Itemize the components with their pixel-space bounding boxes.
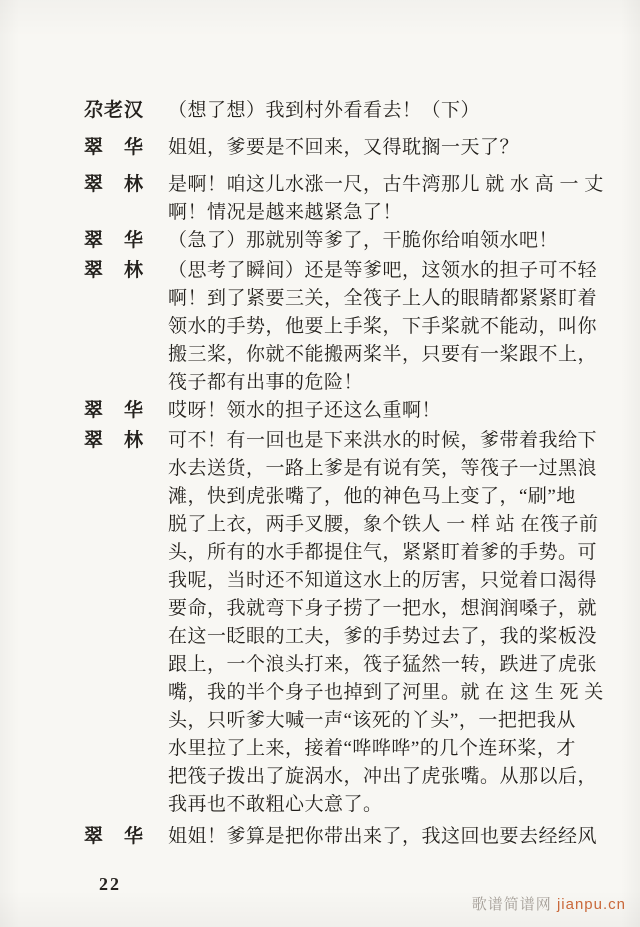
script-line: 翠 林 是啊！咱这儿水涨一尺，古牛湾那儿 就 水 高 一 丈 [84, 171, 574, 199]
dialogue-text: 我呢，当时还不知道这水上的厉害，只觉着口渴得 [168, 567, 566, 595]
script-line: 筏子都有出事的危险！ [84, 369, 574, 397]
script-line: 跟上，一个浪头打来，筏子猛然一转，跌进了虎张 [84, 651, 574, 679]
script-line: 翠 华 姐姐，爹要是不回来，又得耽搁一天了？ [84, 134, 574, 162]
dialogue-text: 领水的手势，他要上手桨，下手桨就不能动，叫你 [168, 313, 566, 341]
dialogue-text: 姐姐，爹要是不回来，又得耽搁一天了？ [168, 134, 566, 162]
dialogue-text: 筏子都有出事的危险！ [168, 369, 566, 397]
dialogue-text: 啊！情况是越来越紧急了！ [168, 199, 566, 227]
script-lines: 尕老汉 （想了想）我到村外看看去！（下） 翠 华 姐姐，爹要是不回来，又得耽搁一… [84, 97, 574, 851]
speaker-name: 翠 华 [84, 823, 146, 851]
speaker-name: 翠 华 [84, 227, 146, 255]
dialogue-text: 嘴，我的半个身子也掉到了河里。就 在 这 生 死 关 [168, 679, 566, 707]
speaker-name: 翠 华 [84, 134, 146, 162]
dialogue-text: 可不！有一回也是下来洪水的时候，爹带着我给下 [168, 427, 566, 455]
dialogue-text: 脱了上衣，两手叉腰，象个铁人 一 样 站 在筏子前 [168, 511, 566, 539]
script-line: 脱了上衣，两手叉腰，象个铁人 一 样 站 在筏子前 [84, 511, 574, 539]
script-line: 翠 华 哎呀！领水的担子还这么重啊！ [84, 397, 574, 425]
dialogue-text: 哎呀！领水的担子还这么重啊！ [168, 397, 566, 425]
dialogue-text: （想了想）我到村外看看去！（下） [168, 97, 566, 125]
script-line: 尕老汉 （想了想）我到村外看看去！（下） [84, 97, 574, 125]
dialogue-text: 啊！到了紧要三关，全筏子上人的眼睛都紧紧盯着 [168, 285, 566, 313]
script-line: 翠 林 可不！有一回也是下来洪水的时候，爹带着我给下 [84, 427, 574, 455]
speaker-name: 翠 林 [84, 427, 146, 455]
script-line: 滩，快到虎张嘴了，他的神色马上变了，“刷”地 [84, 483, 574, 511]
dialogue-text: 在这一眨眼的工夫，爹的手势过去了，我的桨板没 [168, 623, 566, 651]
script-line: 我再也不敢粗心大意了。 [84, 791, 574, 819]
dialogue-text: 水里拉了上来，接着“哗哗哗”的几个连环桨，才 [168, 735, 566, 763]
dialogue-text: 水去送货，一路上爹是有说有笑，等筏子一过黑浪 [168, 455, 566, 483]
dialogue-text: 我再也不敢粗心大意了。 [168, 791, 566, 819]
dialogue-text: 是啊！咱这儿水涨一尺，古牛湾那儿 就 水 高 一 丈 [168, 171, 566, 199]
dialogue-text: 搬三桨，你就不能搬两桨半，只要有一桨跟不上， [168, 341, 566, 369]
watermark: 歌谱简谱网 jianpu.cn [472, 893, 626, 914]
dialogue-text: 姐姐！爹算是把你带出来了，我这回也要去经经风 [168, 823, 566, 851]
script-line: 把筏子拨出了旋涡水，冲出了虎张嘴。从那以后， [84, 763, 574, 791]
speaker-name: 翠 林 [84, 171, 146, 199]
script-line: 翠 林 （思考了瞬间）还是等爹吧，这领水的担子可不轻 [84, 257, 574, 285]
dialogue-text: （思考了瞬间）还是等爹吧，这领水的担子可不轻 [168, 257, 566, 285]
watermark-site-url: jianpu.cn [557, 896, 626, 913]
dialogue-text: 头，所有的水手都提住气，紧紧盯着爹的手势。可 [168, 539, 566, 567]
script-line: 嘴，我的半个身子也掉到了河里。就 在 这 生 死 关 [84, 679, 574, 707]
dialogue-text: 要命，我就弯下身子捞了一把水，想润润嗓子，就 [168, 595, 566, 623]
speaker-name: 翠 林 [84, 257, 146, 285]
dialogue-text: 头，只听爹大喊一声“该死的丫头”，一把把我从 [168, 707, 566, 735]
script-line: 搬三桨，你就不能搬两桨半，只要有一桨跟不上， [84, 341, 574, 369]
script-line: 翠 华 姐姐！爹算是把你带出来了，我这回也要去经经风 [84, 823, 574, 851]
script-line: 翠 华 （急了）那就别等爹了，干脆你给咱领水吧！ [84, 227, 574, 255]
script-line: 要命，我就弯下身子捞了一把水，想润润嗓子，就 [84, 595, 574, 623]
dialogue-text: 跟上，一个浪头打来，筏子猛然一转，跌进了虎张 [168, 651, 566, 679]
script-line: 水去送货，一路上爹是有说有笑，等筏子一过黑浪 [84, 455, 574, 483]
dialogue-text: 滩，快到虎张嘴了，他的神色马上变了，“刷”地 [168, 483, 566, 511]
script-line: 头，只听爹大喊一声“该死的丫头”，一把把我从 [84, 707, 574, 735]
script-line: 领水的手势，他要上手桨，下手桨就不能动，叫你 [84, 313, 574, 341]
dialogue-text: （急了）那就别等爹了，干脆你给咱领水吧！ [168, 227, 566, 255]
watermark-site-name: 歌谱简谱网 [472, 896, 552, 913]
script-line: 啊！情况是越来越紧急了！ [84, 199, 574, 227]
speaker-name: 尕老汉 [84, 97, 146, 125]
script-line: 在这一眨眼的工夫，爹的手势过去了，我的桨板没 [84, 623, 574, 651]
script-line: 水里拉了上来，接着“哗哗哗”的几个连环桨，才 [84, 735, 574, 763]
dialogue-text: 把筏子拨出了旋涡水，冲出了虎张嘴。从那以后， [168, 763, 566, 791]
speaker-name: 翠 华 [84, 397, 146, 425]
script-line: 我呢，当时还不知道这水上的厉害，只觉着口渴得 [84, 567, 574, 595]
script-line: 啊！到了紧要三关，全筏子上人的眼睛都紧紧盯着 [84, 285, 574, 313]
page-number: 22 [99, 874, 121, 895]
script-line: 头，所有的水手都提住气，紧紧盯着爹的手势。可 [84, 539, 574, 567]
